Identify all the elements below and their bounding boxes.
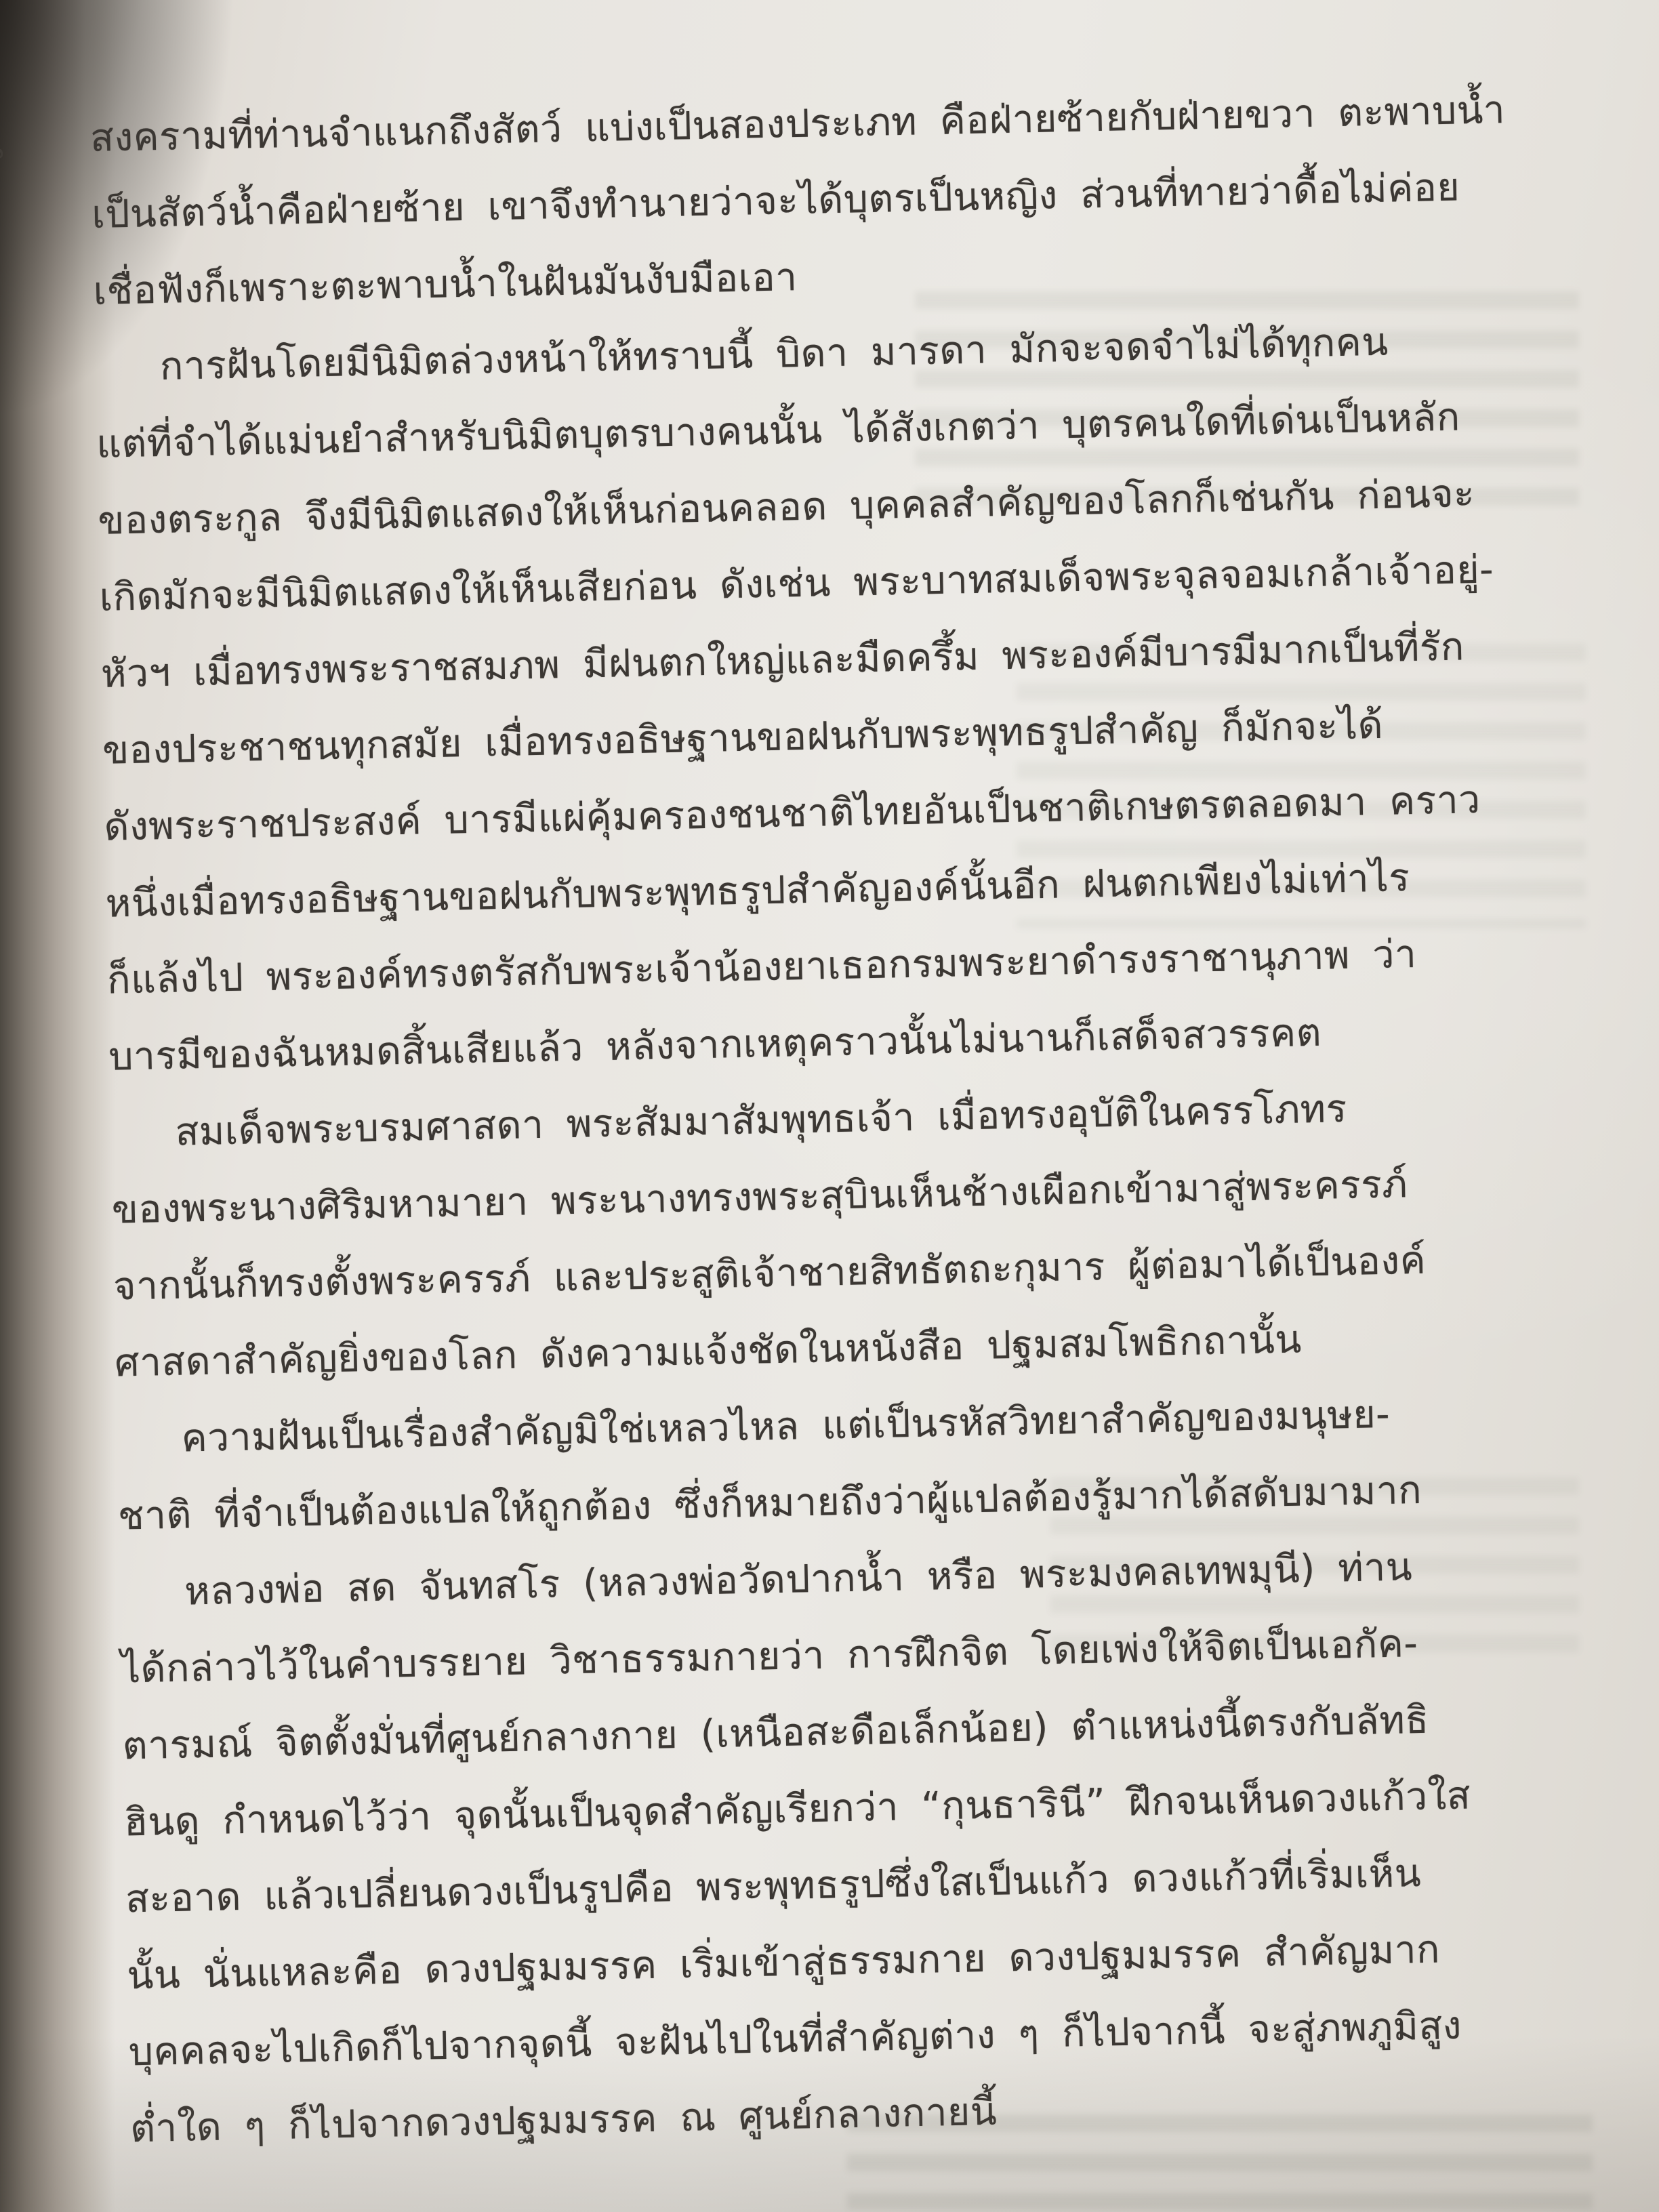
page-text: สงครามที่ท่านจำแนกถึงสัตว์ แบ่งเป็นสองปร…	[89, 70, 1642, 2167]
edge-fragment-glyph: ง	[0, 20, 31, 68]
book-page-photo: งนา สงครามที่ท่านจำแนกถึงสัตว์ แบ่งเป็นส…	[0, 0, 1659, 2212]
bottom-vignette	[0, 2036, 1659, 2212]
edge-fragment-glyph: น	[0, 121, 31, 168]
edge-fragment-glyph: า	[0, 221, 31, 268]
